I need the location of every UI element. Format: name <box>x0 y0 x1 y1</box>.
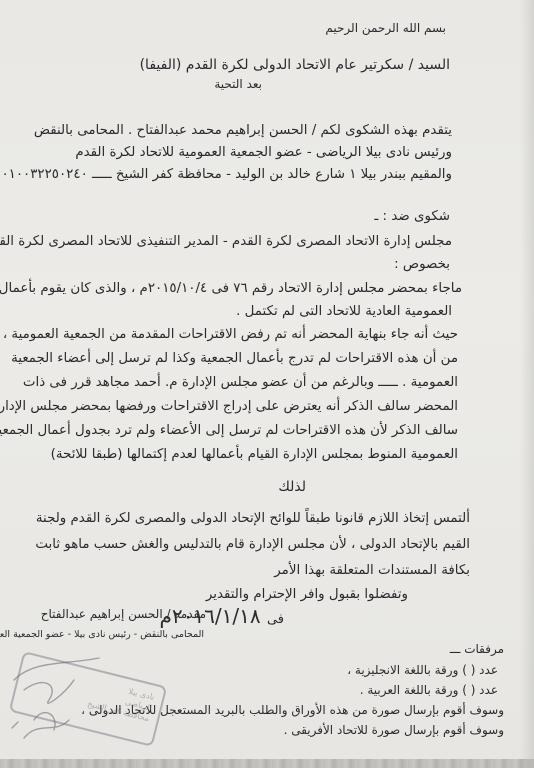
attachment-arabic: عدد ( ) ورقة باللغة العربية . <box>360 684 498 696</box>
therefore-heading: لذلك <box>278 480 306 494</box>
body-line-5: العمومية . ـــــ وبالرغم من أن عضو مجلس … <box>23 376 458 389</box>
body-line-6: المحضر سالف الذكر أنه يعترض على إدراج ال… <box>0 400 458 413</box>
date-prefix: فى <box>267 612 284 627</box>
complaint-against-text: مجلس إدارة الاتحاد المصرى لكرة القدم - ا… <box>0 235 452 248</box>
intro-line-2: ورئيس نادى بيلا الرياضى - عضو الجمعية ال… <box>75 146 452 159</box>
body-line-3: حيث أنه جاء بنهاية المحضر أنه تم رفض الا… <box>0 328 458 341</box>
regarding-label: بخصوص : <box>394 258 450 271</box>
signature-presented-by: مقدمه / الحسن إبراهيم عبدالفتاح <box>41 608 206 620</box>
greeting: بعد التحية <box>214 78 262 90</box>
complaint-against-label: شكوى ضد : ـ <box>374 210 450 223</box>
body-line-2: العمومية العادية للاتحاد التى لم تكتمل . <box>236 305 452 318</box>
closing-line: وتفضلوا بقبول وافر الإحترام والتقدير <box>206 588 408 601</box>
body-line-7: سالف الذكر لأن هذه الاقتراحات لم ترسل إل… <box>0 424 458 437</box>
handwritten-signature-icon <box>4 650 114 745</box>
signature-title: المحامى بالنقض - رئيس نادى بيلا - عضو ال… <box>0 630 204 640</box>
request-line-2: القيم بالإتحاد الدولى ، لأن مجلس الإدارة… <box>35 538 470 551</box>
body-line-8: العمومية المنوط بمجلس الإدارة القيام بأع… <box>51 448 458 461</box>
scanned-letter-page: بسم الله الرحمن الرحيم السيد / سكرتير عا… <box>0 0 534 768</box>
basmala: بسم الله الرحمن الرحيم <box>325 22 446 34</box>
intro-line-3: والمقيم ببندر بيلا ١ شارع خالد بن الوليد… <box>1 168 452 181</box>
attachment-english: عدد ( ) ورقة باللغة الانجليزية ، <box>347 664 498 676</box>
body-line-1: ماجاء بمحضر مجلس إدارة الاتحاد رقم ٧٦ فى… <box>0 282 462 295</box>
attachments-label: مرفقات ـــ <box>450 643 504 655</box>
request-line-3: بكافة المستندات المتعلقة بهذا الأمر <box>274 564 470 577</box>
body-line-4: من أن هذه الاقتراحات لم تدرج بأعمال الجم… <box>11 352 458 365</box>
note-line-2: وسوف أقوم بإرسال صورة للاتحاد الأفريقى . <box>284 724 504 736</box>
addressee-line: السيد / سكرتير عام الاتحاد الدولى لكرة ا… <box>140 58 450 72</box>
request-line-1: ألتمس إتخاذ اللازم قانونا طبقاً للوائح ا… <box>36 512 470 525</box>
intro-line-1: يتقدم بهذه الشكوى لكم / الحسن إبراهيم مح… <box>34 124 452 137</box>
scan-bottom-edge <box>0 759 534 768</box>
